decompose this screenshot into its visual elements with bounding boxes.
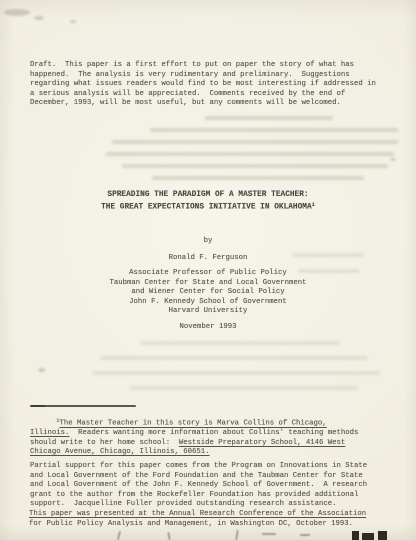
bleed-through-artifact	[100, 356, 368, 360]
byline: by	[0, 237, 416, 247]
photocopy-speck	[390, 158, 396, 161]
photocopy-smudge	[4, 9, 30, 16]
bleed-through-artifact	[130, 386, 358, 390]
ink-blot	[378, 531, 387, 540]
support-note: Partial support for this paper comes fro…	[30, 462, 402, 510]
bleed-through-artifact	[152, 176, 364, 180]
date-line: November 1993	[0, 323, 416, 333]
pencil-mark	[300, 534, 310, 536]
bleed-through-artifact	[92, 371, 380, 375]
bleed-through-artifact	[140, 341, 340, 345]
draft-note: Draft. This paper is a first effort to p…	[30, 61, 390, 109]
pencil-mark	[235, 530, 238, 540]
bleed-through-artifact	[122, 164, 388, 168]
ink-blot	[352, 531, 359, 540]
photocopy-smudge	[34, 16, 44, 20]
presentation-note: This paper was presented at the Annual R…	[29, 510, 407, 529]
photocopy-smudge	[70, 20, 76, 23]
pencil-mark	[167, 532, 170, 540]
pencil-mark	[262, 533, 276, 535]
photocopy-speck	[38, 368, 45, 372]
bleed-through-artifact	[106, 152, 394, 156]
footnote-separator	[30, 405, 136, 407]
bleed-through-artifact	[150, 128, 398, 132]
scanned-page: Draft. This paper is a first effort to p…	[0, 0, 416, 540]
affiliation-block: Associate Professor of Public PolicyTaub…	[0, 269, 416, 317]
bleed-through-artifact	[205, 116, 333, 120]
paper-title: SPREADING THE PARADIGM OF A MASTER TEACH…	[0, 190, 416, 213]
author-name: Ronald F. Ferguson	[0, 254, 416, 264]
pencil-mark	[117, 531, 121, 540]
bleed-through-artifact	[112, 140, 398, 144]
ink-blot	[362, 533, 374, 540]
footnote-text: 1The Master Teacher in this story is Mar…	[30, 417, 402, 458]
